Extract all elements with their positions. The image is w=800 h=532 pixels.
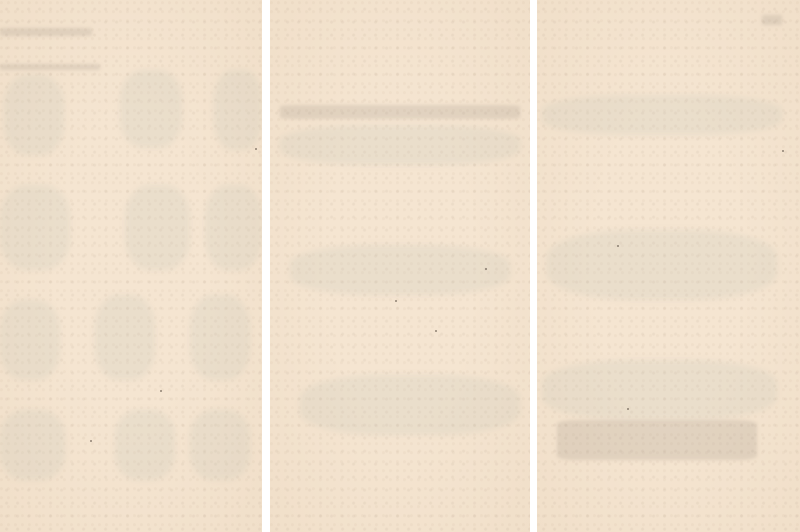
ghost-letter: [125, 185, 190, 270]
ghost-word: [280, 125, 520, 165]
stain-dot: [627, 408, 629, 410]
stain-dot: [485, 268, 487, 270]
ghost-rule: [0, 64, 100, 70]
ghost-letter: [120, 70, 182, 148]
stain-dot: [617, 245, 619, 247]
ghost-letter: [0, 300, 60, 380]
ghost-letter: [115, 410, 175, 480]
ghost-text-row: [280, 105, 520, 119]
paper-panel-left: [0, 0, 262, 532]
ghost-word: [542, 95, 782, 135]
stain-dot: [160, 390, 162, 392]
ghost-letter: [205, 185, 262, 270]
ghost-mark: [762, 15, 782, 25]
stain-dot: [782, 150, 784, 152]
stain-dot: [90, 440, 92, 442]
ghost-word: [542, 360, 777, 420]
paper-panel-right: [537, 0, 800, 532]
ghost-heading: [0, 28, 92, 36]
ghost-letter: [4, 75, 64, 155]
paper-panel-middle: [270, 0, 530, 532]
ghost-letter: [214, 70, 262, 150]
ghost-word: [290, 245, 510, 295]
ghost-letter: [190, 410, 250, 480]
ghost-letter: [95, 295, 155, 380]
ghost-letter: [0, 185, 70, 270]
ghost-letter: [0, 410, 65, 480]
ghost-word: [300, 375, 520, 435]
ghost-word: [547, 230, 777, 300]
ghost-word: [557, 420, 757, 460]
stain-dot: [255, 148, 257, 150]
stain-dot: [435, 330, 437, 332]
ghost-letter: [190, 295, 250, 380]
stain-dot: [395, 300, 397, 302]
